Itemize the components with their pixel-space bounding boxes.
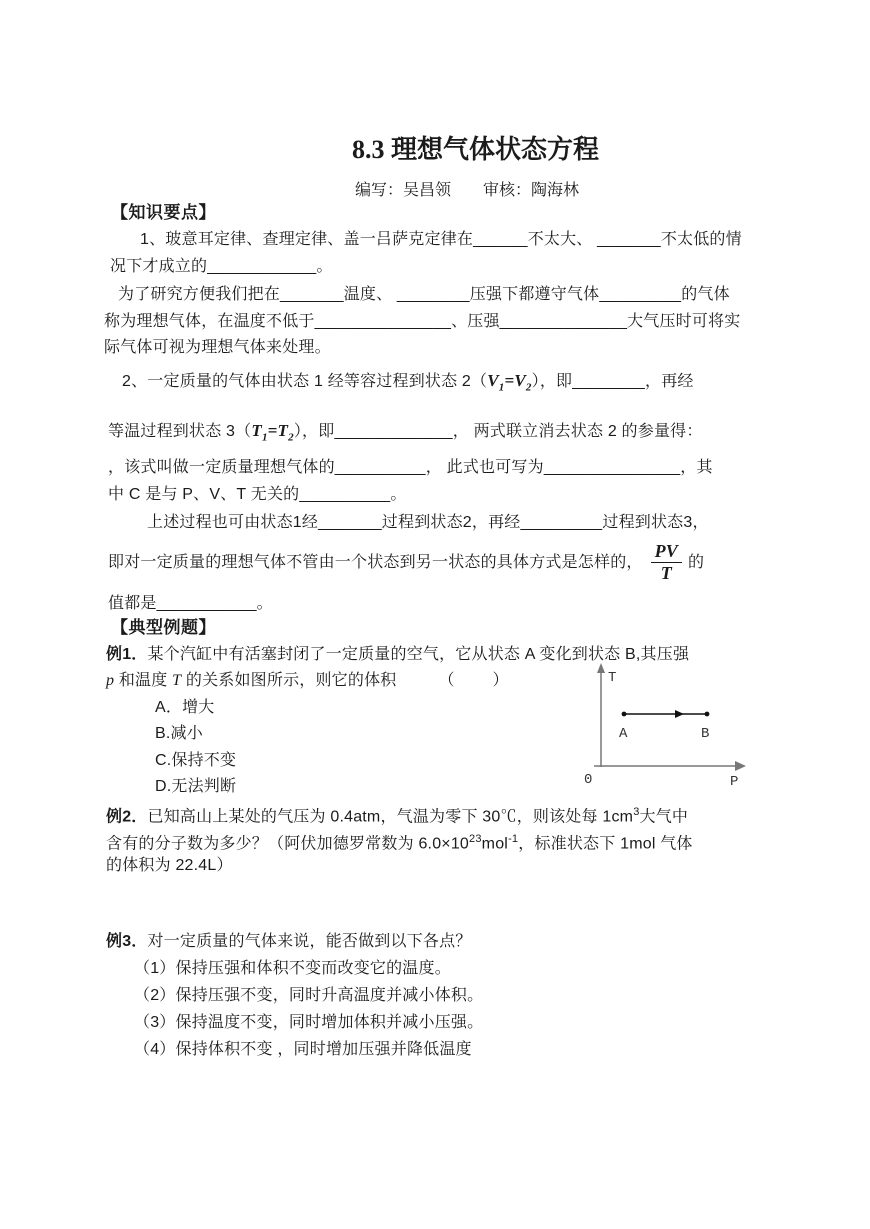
knowledge-section-header: 【知识要点】 bbox=[111, 202, 216, 224]
worksheet-page: 8.3 理想气体状态方程 编写：吴昌领 审核：陶海林 【知识要点】 1、玻意耳定… bbox=[0, 0, 870, 1229]
example3-stem: 对一定质量的气体来说，能否做到以下各点？ bbox=[148, 933, 472, 950]
mol-inverse-superscript: -1 bbox=[508, 833, 518, 845]
example2-label: 例2． bbox=[106, 808, 148, 825]
example1-line2-rest: 的关系如图所示，则它的体积 bbox=[181, 672, 396, 689]
fraction-denominator: T bbox=[651, 562, 682, 584]
example1-option-d: D.无法判断 bbox=[155, 776, 236, 798]
point-b-dot bbox=[705, 712, 710, 717]
item2-line1-text: 2、一定质量的气体由状态 1 经等容过程到状态 2（ bbox=[122, 373, 487, 390]
var-T: T bbox=[172, 672, 181, 689]
origin-label: 0 bbox=[584, 772, 592, 788]
point-a-label: A bbox=[619, 726, 628, 742]
knowledge-item1-line1: 1、玻意耳定律、查理定律、盖一吕萨克定律在______不太大、 _______不… bbox=[140, 229, 742, 251]
knowledge-item2-line2: 等温过程到状态 3（T1=T2），即_____________， 两式联立消去状… bbox=[108, 420, 703, 448]
example2-line1-end: 大气中 bbox=[640, 808, 689, 825]
knowledge-item3-line1: 上述过程也可由状态1经_______过程到状态2，再经_________过程到状… bbox=[147, 512, 709, 534]
item2-line2-blank: ），即_____________， 两式联立消去状态 2 的参量得： bbox=[294, 423, 703, 440]
example3-label: 例3． bbox=[106, 933, 148, 950]
avogadro-exponent-superscript: 23 bbox=[469, 833, 482, 845]
knowledge-item2-line1: 2、一定质量的气体由状态 1 经等容过程到状态 2（V1=V2），即______… bbox=[122, 370, 694, 398]
example2-line1-text: 已知高山上某处的气压为 0.4atm，气温为零下 30℃，则该处每 1cm bbox=[148, 808, 634, 825]
knowledge-item3-line2: 即对一定质量的理想气体不管由一个状态到另一状态的具体方式是怎样的， PV T 的 bbox=[108, 538, 704, 588]
example2-line2-mol: mol bbox=[482, 835, 508, 852]
byline: 编写：吴昌领 审核：陶海林 bbox=[355, 177, 579, 200]
knowledge-ideal-gas-line1: 为了研究方便我们把在_______温度、 ________压强下都遵守气体___… bbox=[118, 284, 730, 306]
knowledge-item1-line2: 况下才成立的____________。 bbox=[110, 256, 333, 278]
item2-line1-blank: ），即________，再经 bbox=[532, 373, 694, 390]
examples-section-header: 【典型例题】 bbox=[111, 617, 216, 639]
example3-item-1: （1）保持压强和体积不变而改变它的温度。 bbox=[134, 958, 451, 980]
example2-line2-end: ，标准状态下 1mol 气体 bbox=[518, 835, 692, 852]
y-axis-arrow-icon bbox=[597, 663, 605, 673]
y-axis-label: T bbox=[608, 670, 616, 686]
fraction-numerator: PV bbox=[651, 541, 682, 562]
example2-line3: 的体积为 22.4L） bbox=[106, 855, 233, 877]
knowledge-item2-line4: 中 C 是与 P、V、T 无关的__________。 bbox=[108, 484, 407, 506]
example2-line2-text: 含有的分子数为多少？（阿伏加德罗常数为 6.0×10 bbox=[106, 835, 469, 852]
pv-over-t-fraction: PV T bbox=[651, 542, 682, 584]
example1-line2-mid: 和温度 bbox=[114, 672, 172, 689]
var-p: p bbox=[106, 672, 114, 689]
example2-line1: 例2．已知高山上某处的气压为 0.4atm，气温为零下 30℃，则该处每 1cm… bbox=[106, 801, 688, 828]
formula-t1-equals-t2: T1=T2 bbox=[251, 421, 293, 440]
example1-option-b: B.减小 bbox=[155, 723, 203, 745]
item3-line2-end: 的 bbox=[688, 552, 704, 574]
example1-line2: p 和温度 T 的关系如图所示，则它的体积（ ） bbox=[106, 670, 510, 692]
x-axis-label: P bbox=[730, 774, 738, 789]
knowledge-item2-line3: ，该式叫做一定质量理想气体的__________， 此式也可写为________… bbox=[108, 457, 713, 479]
pt-graph: T P 0 A B bbox=[578, 661, 763, 789]
page-title: 8.3 理想气体状态方程 bbox=[352, 129, 599, 166]
example2-line2: 含有的分子数为多少？（阿伏加德罗常数为 6.0×1023mol-1，标准状态下 … bbox=[106, 828, 693, 855]
example3-line1: 例3．对一定质量的气体来说，能否做到以下各点？ bbox=[106, 931, 472, 953]
knowledge-item3-line3: 值都是___________。 bbox=[108, 593, 273, 615]
knowledge-ideal-gas-line2: 称为理想气体，在温度不低于_______________、压强_________… bbox=[104, 311, 740, 333]
example1-option-c: C.保持不变 bbox=[155, 750, 236, 772]
answer-parentheses: （ ） bbox=[438, 672, 510, 689]
item2-line2-text: 等温过程到状态 3（ bbox=[108, 423, 251, 440]
knowledge-ideal-gas-line3: 际气体可视为理想气体来处理。 bbox=[104, 337, 331, 359]
example3-item-2: （2）保持压强不变，同时升高温度并减小体积。 bbox=[134, 985, 483, 1007]
item3-line2-text: 即对一定质量的理想气体不管由一个状态到另一状态的具体方式是怎样的， bbox=[108, 552, 643, 574]
segment-direction-arrow-icon bbox=[675, 710, 684, 718]
x-axis-arrow-icon bbox=[735, 761, 746, 771]
point-a-dot bbox=[622, 712, 627, 717]
example3-item-3: （3）保持温度不变，同时增加体积并减小压强。 bbox=[134, 1012, 483, 1034]
point-b-label: B bbox=[701, 726, 709, 742]
example1-label: 例1． bbox=[106, 646, 148, 663]
formula-v1-equals-v2: V1=V2 bbox=[487, 371, 531, 390]
example1-option-a: A．增大 bbox=[155, 697, 214, 719]
example3-item-4: （4）保持体积不变 ，同时增加压强并降低温度 bbox=[134, 1039, 472, 1061]
